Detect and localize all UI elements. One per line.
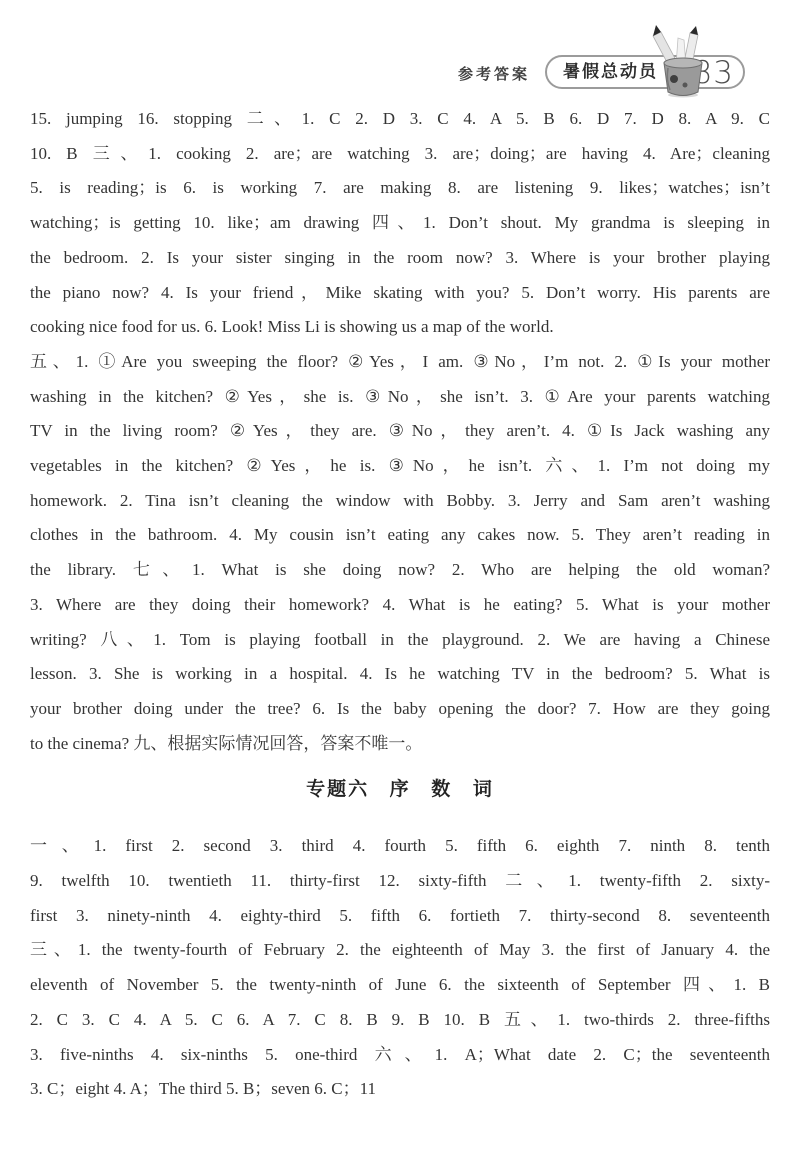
answer-line: the library. 七、1. What is she doing now?… (30, 553, 770, 588)
section-heading: 专题六 序 数 词 (30, 774, 770, 801)
answer-line: 3. C；eight 4. A；The third 5. B；seven 6. … (30, 1072, 770, 1107)
answer-line: 3. Where are they doing their homework? … (30, 588, 770, 623)
answer-line: your brother doing under the tree? 6. Is… (30, 692, 770, 727)
answer-line: lesson. 3. She is working in a hospital.… (30, 657, 770, 692)
answers-part2: 一、1. first 2. second 3. third 4. fourth … (30, 829, 770, 1107)
answer-line: cooking nice food for us. 6. Look! Miss … (30, 310, 770, 345)
answer-line: 9. twelfth 10. twentieth 11. thirty-firs… (30, 864, 770, 899)
answer-line: writing? 八、1. Tom is playing football in… (30, 623, 770, 658)
answer-line: first 3. ninety-ninth 4. eighty-third 5.… (30, 899, 770, 934)
answer-line: 10. B 三、1. cooking 2. are；are watching 3… (30, 137, 770, 172)
pencil-cup-icon (646, 24, 712, 98)
answer-key-page: 参考答案 暑假总动员 83 15. jumping 16. stopping 二 (0, 0, 800, 1154)
answer-line: 5. is reading；is 6. is working 7. are ma… (30, 171, 770, 206)
answer-line: clothes in the bathroom. 4. My cousin is… (30, 518, 770, 553)
answer-line: 一、1. first 2. second 3. third 4. fourth … (30, 829, 770, 864)
answer-line: to the cinema? 九、根据实际情况回答，答案不唯一。 (30, 727, 770, 762)
book-title-pill: 暑假总动员 83 (545, 55, 745, 89)
answer-line: 15. jumping 16. stopping 二、1. C 2. D 3. … (30, 102, 770, 137)
page-header: 参考答案 暑假总动员 83 (0, 0, 800, 100)
answers-content: 15. jumping 16. stopping 二、1. C 2. D 3. … (0, 100, 800, 1107)
answer-line: washing in the kitchen? ②Yes，she is. ③No… (30, 380, 770, 415)
answer-line: the bedroom. 2. Is your sister singing i… (30, 241, 770, 276)
header-label: 参考答案 (458, 63, 530, 84)
answer-line: 3. five-ninths 4. six-ninths 5. one-thir… (30, 1038, 770, 1073)
answer-line: watching；is getting 10. like；am drawing … (30, 206, 770, 241)
answer-line: 五、1. ①Are you sweeping the floor? ②Yes，I… (30, 345, 770, 380)
answers-part1: 15. jumping 16. stopping 二、1. C 2. D 3. … (30, 102, 770, 761)
answer-line: eleventh of November 5. the twenty-ninth… (30, 968, 770, 1003)
answer-line: the piano now? 4. Is your friend，Mike sk… (30, 276, 770, 311)
answer-line: TV in the living room? ②Yes，they are. ③N… (30, 414, 770, 449)
answer-line: 三、1. the twenty-fourth of February 2. th… (30, 933, 770, 968)
book-title: 暑假总动员 (563, 57, 658, 88)
answer-line: 2. C 3. C 4. A 5. C 6. A 7. C 8. B 9. B … (30, 1003, 770, 1038)
answer-line: homework. 2. Tina isn’t cleaning the win… (30, 484, 770, 519)
answer-line: vegetables in the kitchen? ②Yes，he is. ③… (30, 449, 770, 484)
